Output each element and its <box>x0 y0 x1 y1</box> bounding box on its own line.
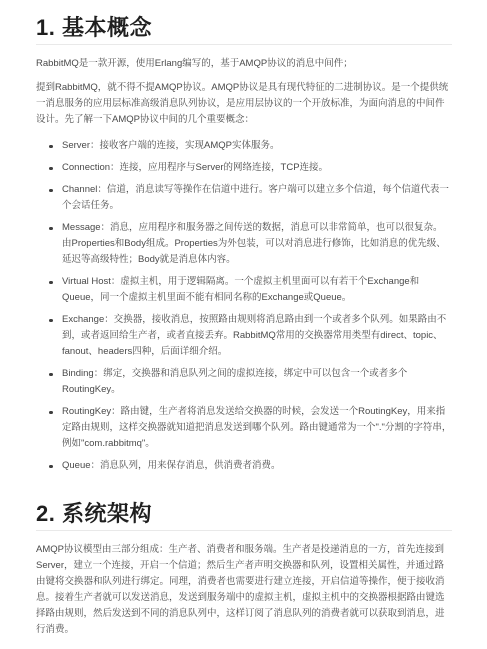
architecture-paragraph: AMQP协议模型由三部分组成：生产者、消费者和服务端。生产者是投递消息的一方，首… <box>36 542 452 638</box>
list-item-binding: Binding：绑定，交换器和消息队列之间的虚拟连接，绑定中可以包含一个或者多个… <box>36 366 452 398</box>
list-item-virtual-host: Virtual Host：虚拟主机，用于逻辑隔离。一个虚拟主机里面可以有若干个E… <box>36 274 452 306</box>
section-basic-concepts: 1. 基本概念 RabbitMQ是一款开源，使用Erlang编写的，基于AMQP… <box>36 16 452 474</box>
list-item-server: Server：接收客户端的连接，实现AMQP实体服务。 <box>36 138 452 154</box>
heading-basic-concepts: 1. 基本概念 <box>36 16 452 45</box>
amqp-overview-paragraph: 提到RabbitMQ，就不得不提AMQP协议。AMQP协议是具有现代特征的二进制… <box>36 80 452 128</box>
list-item-channel: Channel：信道，消息读写等操作在信道中进行。客户端可以建立多个信道，每个信… <box>36 182 452 214</box>
intro-paragraph: RabbitMQ是一款开源，使用Erlang编写的，基于AMQP协议的消息中间件… <box>36 56 452 72</box>
list-item-exchange: Exchange：交换器，接收消息，按照路由规则将消息路由到一个或者多个队列。如… <box>36 312 452 360</box>
document-page: 1. 基本概念 RabbitMQ是一款开源，使用Erlang编写的，基于AMQP… <box>0 0 487 649</box>
amqp-concepts-list: Server：接收客户端的连接，实现AMQP实体服务。 Connection：连… <box>36 138 452 474</box>
list-item-connection: Connection：连接，应用程序与Server的网络连接，TCP连接。 <box>36 160 452 176</box>
list-item-routingkey: RoutingKey：路由键，生产者将消息发送给交换器的时候，会发送一个Rout… <box>36 404 452 452</box>
list-item-message: Message：消息，应用程序和服务器之间传送的数据，消息可以非常简单，也可以很… <box>36 220 452 268</box>
section-system-architecture: 2. 系统架构 AMQP协议模型由三部分组成：生产者、消费者和服务端。生产者是投… <box>36 502 452 638</box>
heading-system-architecture: 2. 系统架构 <box>36 502 452 531</box>
list-item-queue: Queue：消息队列，用来保存消息，供消费者消费。 <box>36 458 452 474</box>
